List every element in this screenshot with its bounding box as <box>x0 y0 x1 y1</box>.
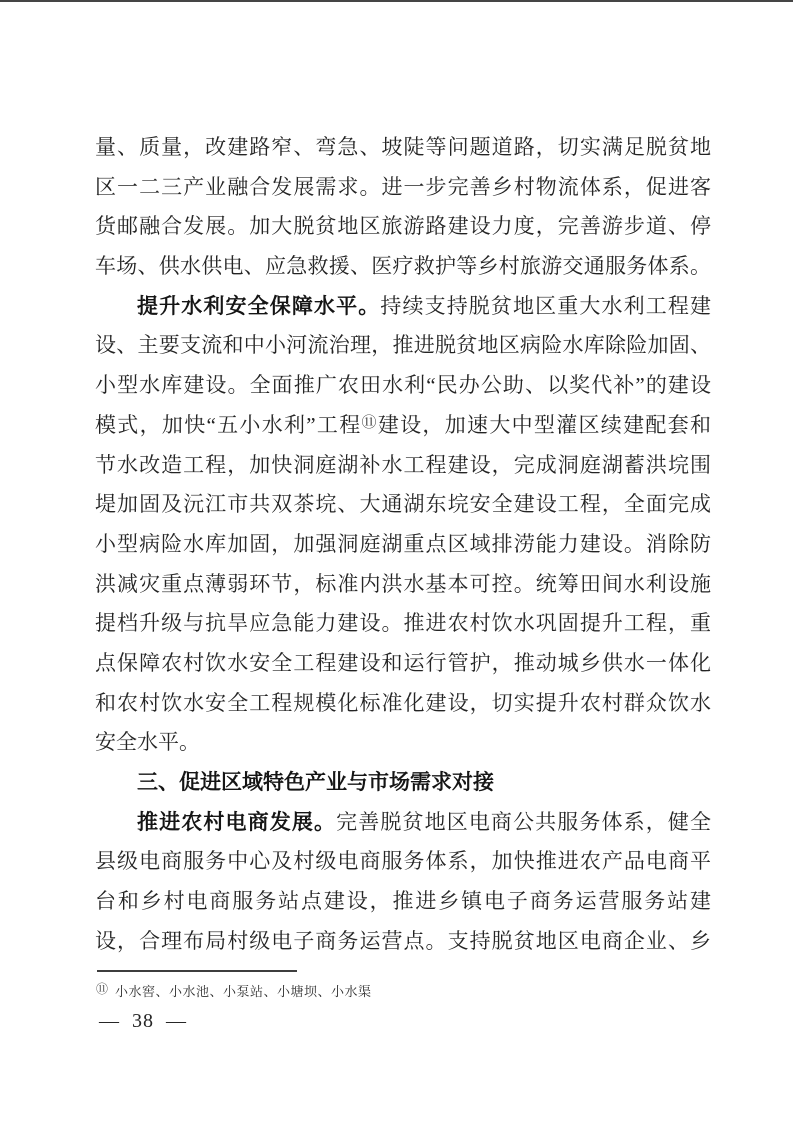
document-page: 量、质量，改建路窄、弯急、坡陡等问题道路，切实满足脱贫地区一二三产业融合发展需求… <box>0 0 793 1122</box>
text-line: 台和乡村电商服务站点建设，推进乡镇电子商务运营服务站建 <box>95 882 711 922</box>
footnote: ⑪小水窖、小水池、小泵站、小塘坝、小水渠 <box>96 980 372 1000</box>
text-line: 模式，加快“五小水利”工程⑪建设，加速大中型灌区续建配套和 <box>95 406 711 446</box>
section-heading: 三、促进区域特色产业与市场需求对接 <box>95 763 711 803</box>
text-line: 节水改造工程，加快洞庭湖补水工程建设，完成洞庭湖蓄洪垸围 <box>95 446 711 486</box>
footnote-text: 小水窖、小水池、小泵站、小塘坝、小水渠 <box>115 984 372 999</box>
text-line: 提升水利安全保障水平。持续支持脱贫地区重大水利工程建 <box>95 287 711 327</box>
footnote-divider <box>97 970 297 972</box>
text-line: 小型水库建设。全面推广农田水利“民办公助、以奖代补”的建设 <box>95 366 711 406</box>
text-line: 车场、供水供电、应急救援、医疗救护等乡村旅游交通服务体系。 <box>95 247 711 287</box>
footnote-marker: ⑪ <box>96 982 108 996</box>
text-line: 推进农村电商发展。完善脱贫地区电商公共服务体系，健全 <box>95 803 711 843</box>
text-line: 堤加固及沅江市共双茶垸、大通湖东垸安全建设工程，全面完成 <box>95 485 711 525</box>
text-line: 小型病险水库加固，加强洞庭湖重点区域排涝能力建设。消除防 <box>95 525 711 565</box>
scan-edge-artifact <box>0 0 793 2</box>
page-number: — 38 — <box>99 1010 187 1033</box>
text-line: 县级电商服务中心及村级电商服务体系，加快推进农产品电商平 <box>95 842 711 882</box>
text-line: 量、质量，改建路窄、弯急、坡陡等问题道路，切实满足脱贫地 <box>95 128 711 168</box>
text-line: 和农村饮水安全工程规模化标准化建设，切实提升农村群众饮水 <box>95 684 711 724</box>
text-line: 点保障农村饮水安全工程建设和运行管护，推动城乡供水一体化 <box>95 644 711 684</box>
text-line: 提档升级与抗旱应急能力建设。推进农村饮水巩固提升工程，重 <box>95 604 711 644</box>
text-line: 安全水平。 <box>95 723 711 763</box>
text-line: 货邮融合发展。加大脱贫地区旅游路建设力度，完善游步道、停 <box>95 207 711 247</box>
text-line: 区一二三产业融合发展需求。进一步完善乡村物流体系，促进客 <box>95 168 711 208</box>
text-line: 洪减灾重点薄弱环节，标准内洪水基本可控。统筹田间水利设施 <box>95 565 711 605</box>
footnote-ref-marker: ⑪ <box>362 415 378 431</box>
text-line: 设，合理布局村级电子商务运营点。支持脱贫地区电商企业、乡 <box>95 922 711 962</box>
text-line: 设、主要支流和中小河流治理，推进脱贫地区病险水库除险加固、 <box>95 326 711 366</box>
document-body: 量、质量，改建路窄、弯急、坡陡等问题道路，切实满足脱贫地区一二三产业融合发展需求… <box>95 128 711 961</box>
